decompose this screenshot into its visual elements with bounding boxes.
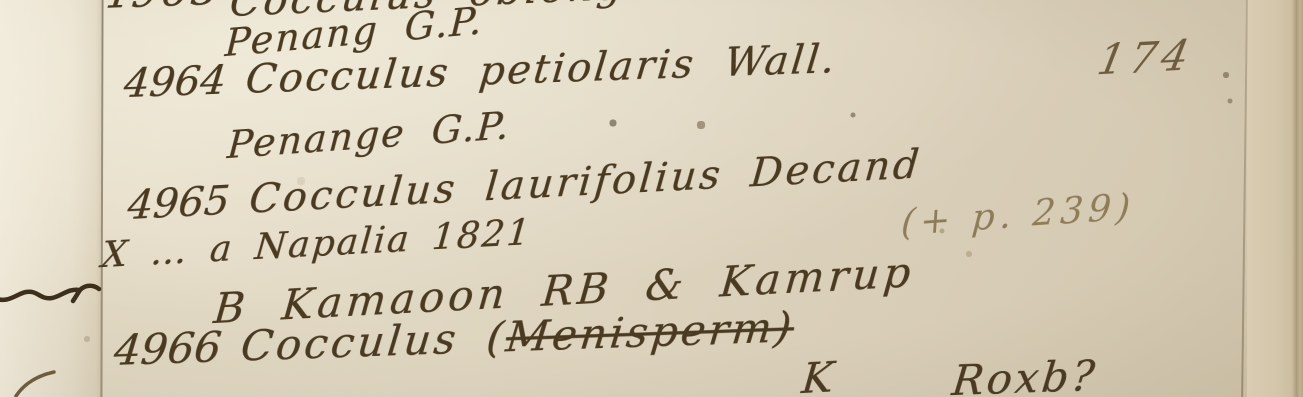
entry-number: 4966	[112, 322, 224, 375]
margin-rule-line	[100, 0, 103, 397]
foxing-spots	[0, 0, 2, 2]
bottom-left-ink-fragment	[10, 368, 62, 397]
pencil-page-reference: (+ p. 239)	[900, 189, 1136, 242]
trailing-word-partial: K	[800, 356, 835, 397]
entry-number: 4965	[126, 177, 232, 229]
entry-number-partial: 4963	[100, 0, 223, 15]
locality-line: Penange G.P.	[226, 106, 512, 164]
author-abbrev-partial: Roxb?	[950, 355, 1099, 397]
entry-number: 4964	[122, 57, 229, 107]
facing-page-ink-fragment	[0, 272, 102, 318]
left-gutter	[0, 0, 101, 397]
species-name-partial: Cocculus (	[238, 312, 508, 370]
page-edge-strip	[1247, 0, 1303, 397]
struck-out-word: Menisperm)	[504, 302, 797, 361]
page-number: 174	[1094, 35, 1197, 82]
manuscript-catalog-page: 4963 Cocculus oblongus Wall Penang G.P. …	[0, 0, 1303, 397]
